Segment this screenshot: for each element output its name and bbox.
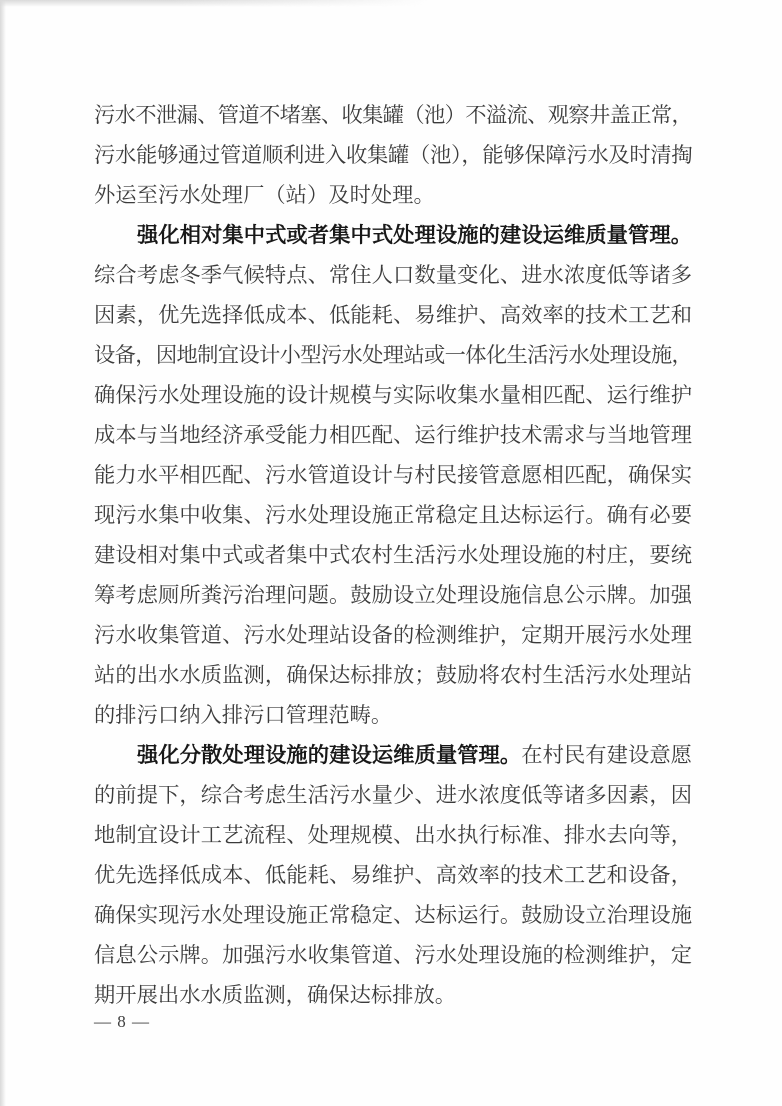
text-line: 污水不泄漏、管道不堵塞、收集罐（池）不溢流、观察井盖正常， <box>94 95 692 135</box>
scan-edge-left <box>0 0 6 1106</box>
text-line: 的排污口纳入排污口管理范畴。 <box>94 695 692 735</box>
text-line: 因素，优先选择低成本、低能耗、易维护、高效率的技术工艺和 <box>94 295 692 335</box>
text-line: 优先选择低成本、低能耗、易维护、高效率的技术工艺和设备， <box>94 855 692 895</box>
text-line: 筹考虑厕所粪污治理问题。鼓励设立处理设施信息公示牌。加强 <box>94 575 692 615</box>
paragraph-3-heading-rest: 在村民有建设意愿 <box>521 743 692 767</box>
text-line: 污水收集管道、污水处理站设备的检测维护，定期开展污水处理 <box>94 615 692 655</box>
text-line: 综合考虑冬季气候特点、常住人口数量变化、进水浓度低等诸多 <box>94 255 692 295</box>
text-line: 信息公示牌。加强污水收集管道、污水处理设施的检测维护，定 <box>94 935 692 975</box>
text-line: 期开展出水水质监测，确保达标排放。 <box>94 975 692 1015</box>
text-line: 污水能够通过管道顺利进入收集罐（池），能够保障污水及时清掏 <box>94 135 692 175</box>
text-line: 站的出水水质监测，确保达标排放；鼓励将农村生活污水处理站 <box>94 655 692 695</box>
text-line: 外运至污水处理厂（站）及时处理。 <box>94 175 692 215</box>
paragraph-2-heading: 强化相对集中式或者集中式处理设施的建设运维质量管理。 <box>137 223 692 247</box>
page-number: — 8 — <box>94 1008 150 1036</box>
text-line: 强化分散处理设施的建设运维质量管理。在村民有建设意愿 <box>94 735 692 775</box>
paragraph-1: 污水不泄漏、管道不堵塞、收集罐（池）不溢流、观察井盖正常， 污水能够通过管道顺利… <box>94 95 692 215</box>
text-line: 强化相对集中式或者集中式处理设施的建设运维质量管理。 <box>94 215 692 255</box>
scan-edge-top <box>0 0 430 7</box>
paragraph-3-heading: 强化分散处理设施的建设运维质量管理。 <box>137 743 521 767</box>
text-line: 地制宜设计工艺流程、处理规模、出水执行标准、排水去向等， <box>94 815 692 855</box>
paragraph-2: 强化相对集中式或者集中式处理设施的建设运维质量管理。 综合考虑冬季气候特点、常住… <box>94 215 692 735</box>
text-line: 确保污水处理设施的设计规模与实际收集水量相匹配、运行维护 <box>94 375 692 415</box>
text-line: 现污水集中收集、污水处理设施正常稳定且达标运行。确有必要 <box>94 495 692 535</box>
text-line: 能力水平相匹配、污水管道设计与村民接管意愿相匹配，确保实 <box>94 455 692 495</box>
text-line: 设备，因地制宜设计小型污水处理站或一体化生活污水处理设施， <box>94 335 692 375</box>
document-body: 污水不泄漏、管道不堵塞、收集罐（池）不溢流、观察井盖正常， 污水能够通过管道顺利… <box>94 95 692 1015</box>
paragraph-3: 强化分散处理设施的建设运维质量管理。在村民有建设意愿 的前提下，综合考虑生活污水… <box>94 735 692 1015</box>
text-line: 的前提下，综合考虑生活污水量少、进水浓度低等诸多因素，因 <box>94 775 692 815</box>
text-line: 成本与当地经济承受能力相匹配、运行维护技术需求与当地管理 <box>94 415 692 455</box>
text-line: 建设相对集中式或者集中式农村生活污水处理设施的村庄，要统 <box>94 535 692 575</box>
text-line: 确保实现污水处理设施正常稳定、达标运行。鼓励设立治理设施 <box>94 895 692 935</box>
